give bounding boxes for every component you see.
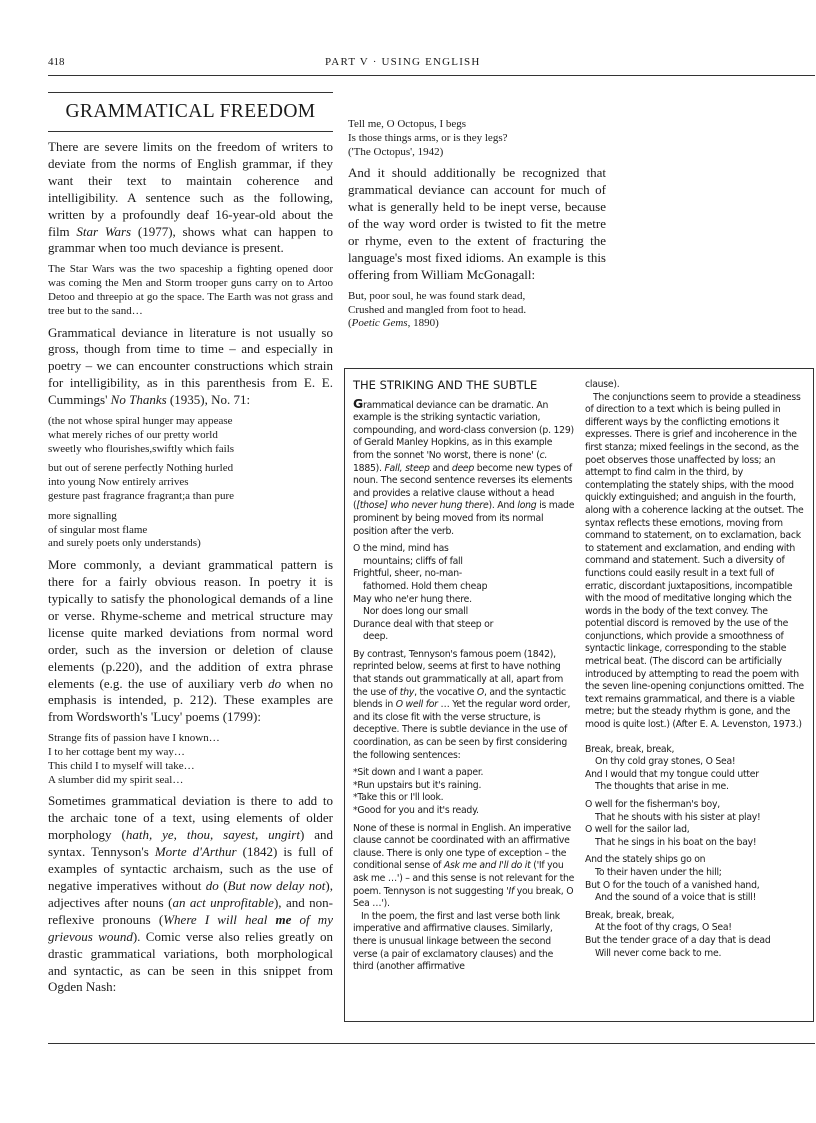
deviant-pattern-paragraph: More commonly, a deviant grammatical pat… xyxy=(48,557,333,726)
stanza: Break, break, break, On thy cold gray st… xyxy=(585,744,807,794)
stanza: O well for the fisherman's boy, That he … xyxy=(585,799,807,849)
footer-rule xyxy=(48,1043,815,1044)
section-title: GRAMMATICAL FREEDOM xyxy=(48,92,333,132)
octopus-quote: Tell me, O Octopus, I begs Is those thin… xyxy=(348,118,606,159)
page-number: 418 xyxy=(48,56,65,68)
left-column: GRAMMATICAL FREEDOM There are severe lim… xyxy=(48,78,333,996)
inept-verse-paragraph: And it should additionally be recognized… xyxy=(348,165,606,283)
panel-title: THE STRIKING AND THE SUBTLE xyxy=(353,379,575,392)
mcgonagall-quote: But, poor soul, he was found stark dead,… xyxy=(348,290,606,331)
running-head: PART V · USING ENGLISH xyxy=(325,56,481,68)
panel-column-2: clause). The conjunctions seem to provid… xyxy=(585,379,807,960)
hopkins-poem: O the mind, mind has mountains; cliffs o… xyxy=(353,543,575,644)
header-rule xyxy=(48,75,815,76)
cummings-intro-paragraph: Grammatical deviance in literature is no… xyxy=(48,325,333,410)
stanza: Break, break, break, At the foot of thy … xyxy=(585,910,807,960)
panel-intro-paragraph: Grammatical deviance can be dramatic. An… xyxy=(353,398,575,539)
linkage-paragraph: In the poem, the first and last verse bo… xyxy=(353,911,575,974)
clause-continuation: clause). xyxy=(585,379,807,392)
lucy-poems-quote: Strange fits of passion have I known… I … xyxy=(48,732,333,787)
coordination-paragraph: None of these is normal in English. An i… xyxy=(353,823,575,911)
archaic-tone-paragraph: Sometimes grammatical deviation is there… xyxy=(48,793,333,996)
tennyson-contrast-paragraph: By contrast, Tennyson's famous poem (184… xyxy=(353,649,575,762)
stanza: And the stately ships go on To their hav… xyxy=(585,854,807,904)
cummings-poem: (the not whose spiral hunger may appease… xyxy=(48,415,333,551)
tennyson-poem: Break, break, break, On thy cold gray st… xyxy=(585,744,807,961)
panel-column-1: THE STRIKING AND THE SUBTLE Grammatical … xyxy=(353,379,575,974)
conjunctions-paragraph: The conjunctions seem to provide a stead… xyxy=(585,392,807,732)
star-wars-quote: The Star Wars was the two spaceship a fi… xyxy=(48,263,333,318)
starred-sentences: *Sit down and I want a paper. *Run upsta… xyxy=(353,767,575,817)
panel-striking-and-subtle: THE STRIKING AND THE SUBTLE Grammatical … xyxy=(344,368,814,1022)
intro-paragraph: There are severe limits on the freedom o… xyxy=(48,139,333,257)
right-column: Tell me, O Octopus, I begs Is those thin… xyxy=(348,118,606,331)
